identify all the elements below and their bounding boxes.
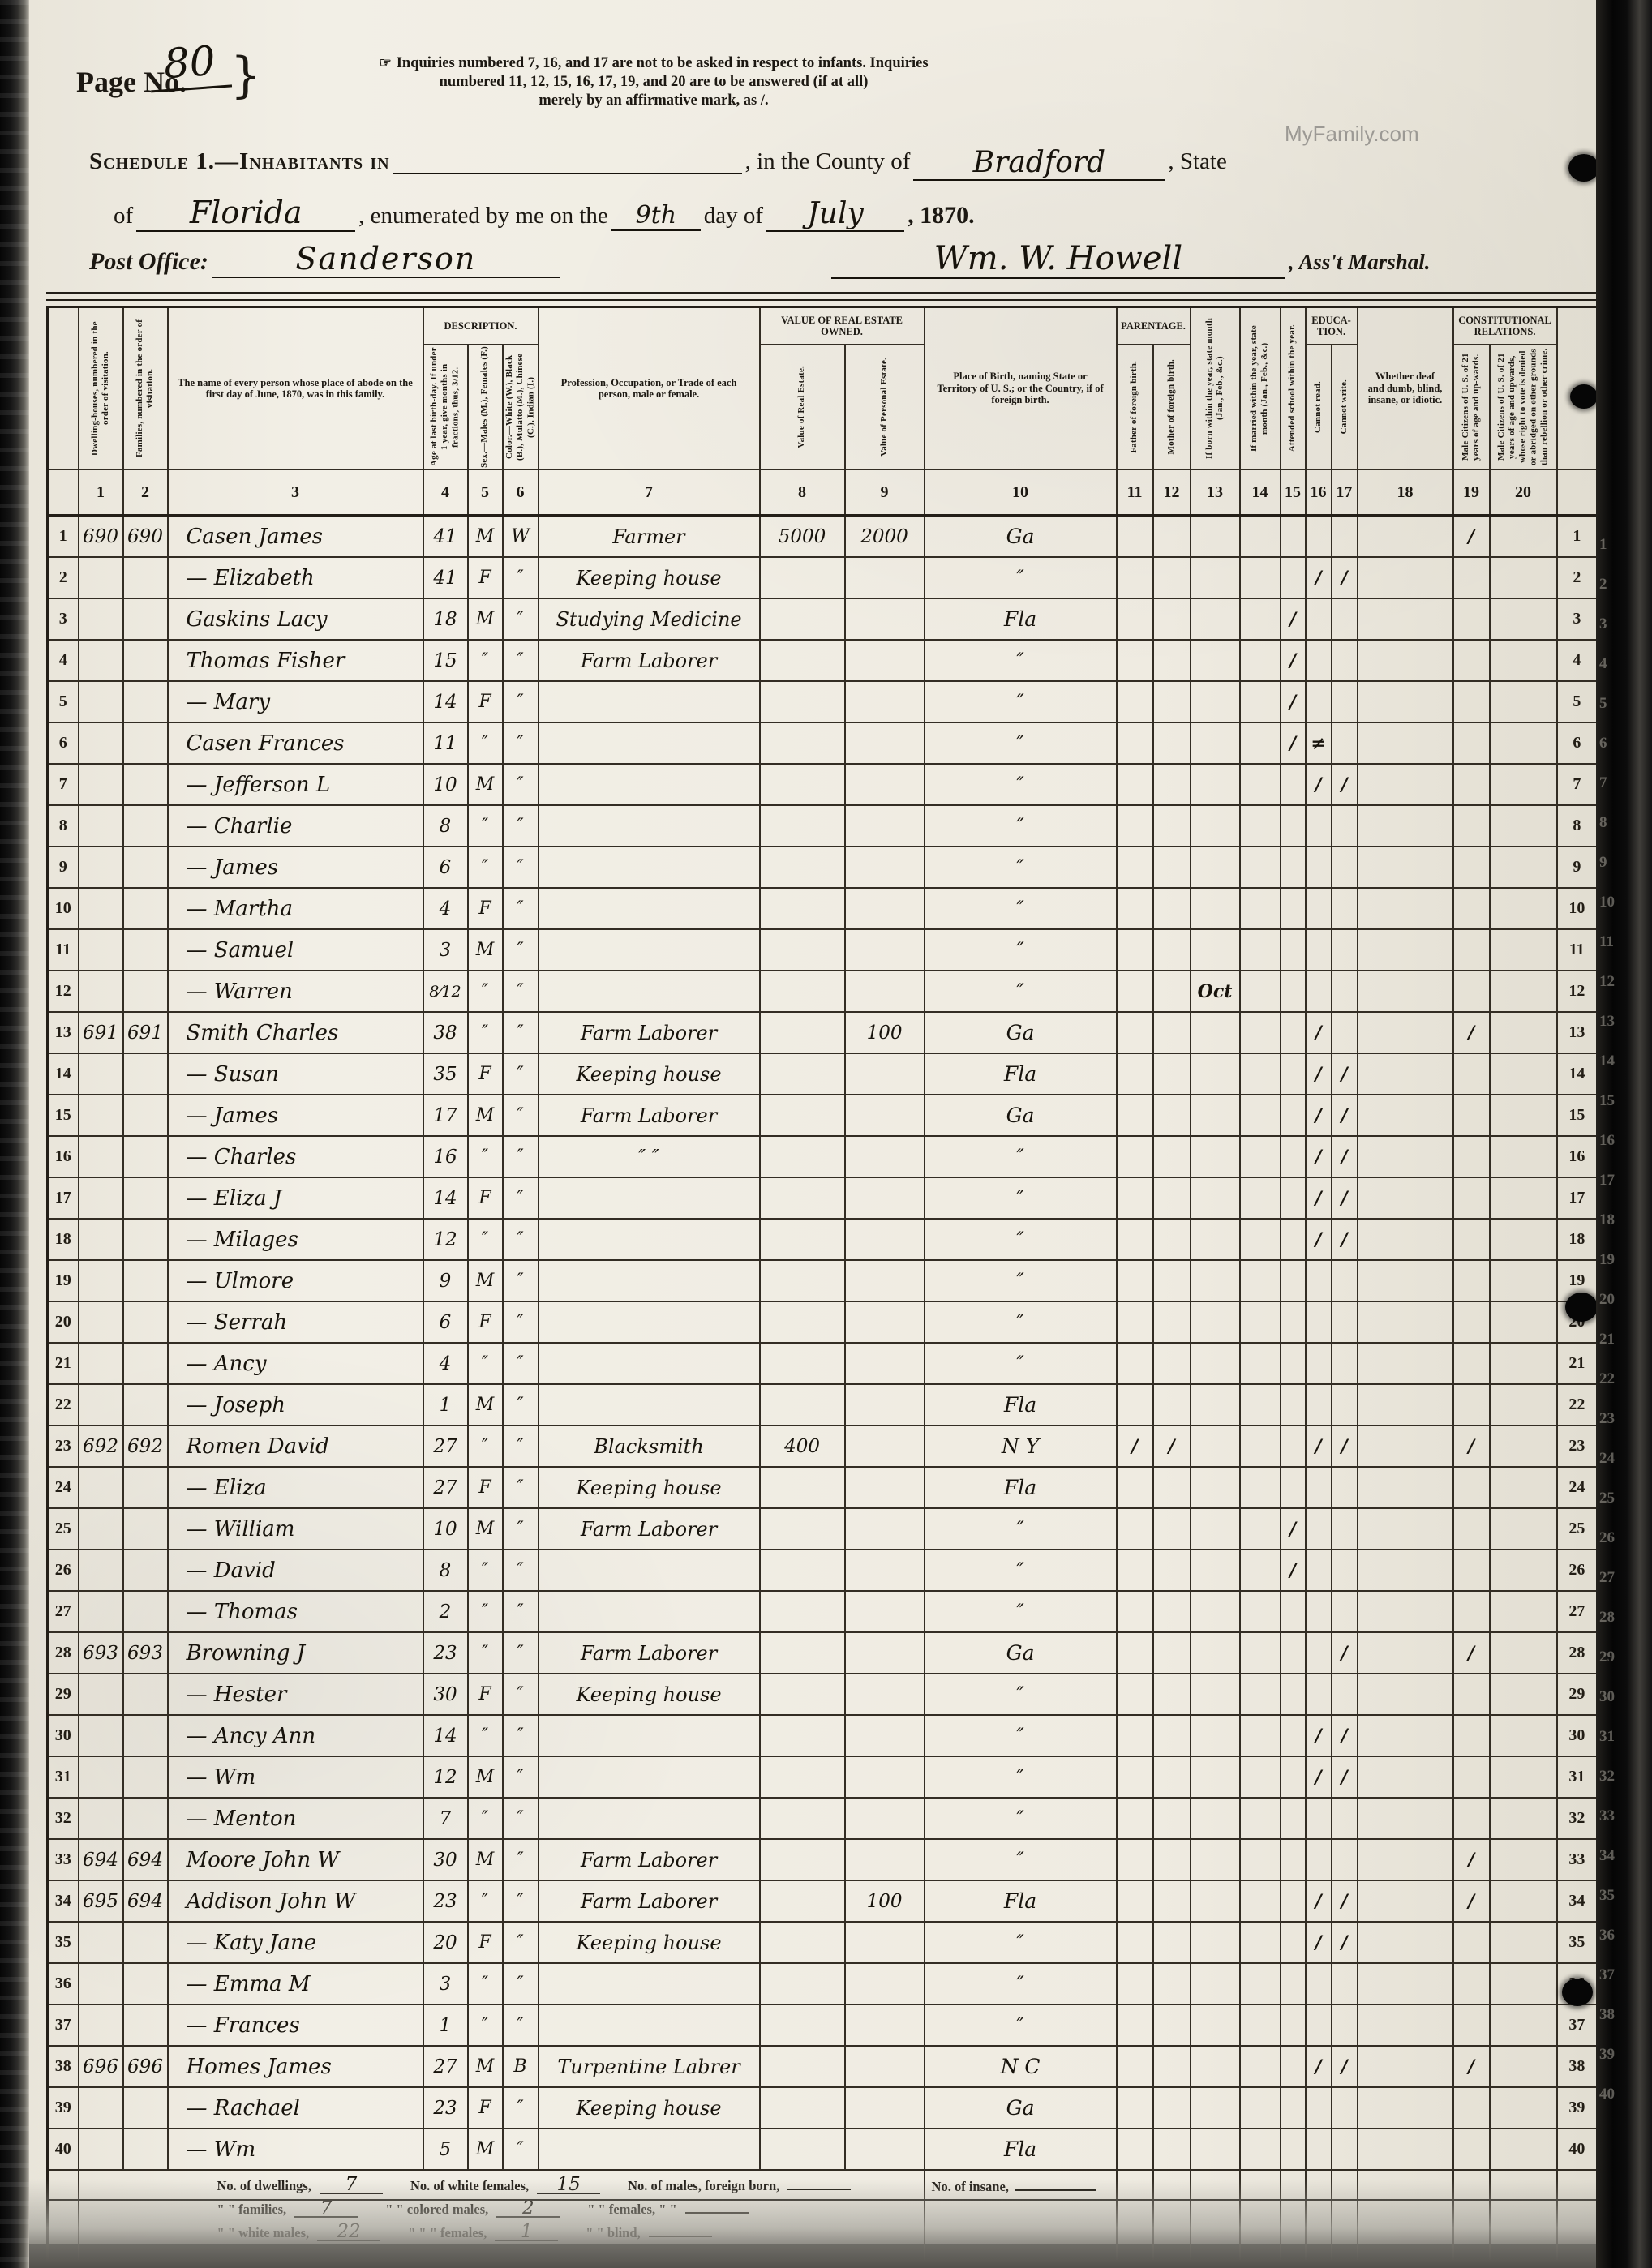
cell-pe [845, 1467, 925, 1508]
summary-insane: No. of insane, [925, 2170, 1117, 2262]
cell-re [760, 598, 845, 640]
cell-m11 [1117, 847, 1153, 888]
cell-m14 [1240, 971, 1281, 1012]
cell-m15 [1281, 1922, 1306, 1963]
cell-m15 [1281, 2087, 1306, 2129]
cell-pob: Fla [925, 1384, 1117, 1426]
summary-label: " " colored males, [385, 2202, 488, 2218]
cell-m15: / [1281, 681, 1306, 722]
cell-m11 [1117, 1343, 1153, 1384]
cell-m17 [1332, 1839, 1358, 1880]
cell-occ: Farm Laborer [539, 1839, 760, 1880]
cell-m16: / [1306, 1136, 1332, 1177]
cell-m19 [1453, 1384, 1490, 1426]
cell-sex: F [468, 557, 503, 598]
cell-m17: / [1332, 1053, 1358, 1095]
cell-m16 [1306, 847, 1332, 888]
cell-m13 [1191, 929, 1240, 971]
ghost-row-number: 22 [1599, 1359, 1648, 1399]
ghost-row-number: 8 [1599, 803, 1648, 842]
cell-col: ″ [503, 1426, 539, 1467]
census-row-39: 39— Rachael23F″Keeping houseGa39 [48, 2087, 1598, 2129]
cell-m20 [1490, 1260, 1557, 1301]
cell-m18 [1358, 1095, 1453, 1136]
cell-m19 [1453, 1053, 1490, 1095]
cell-m18 [1358, 1343, 1453, 1384]
cell-name: — Hester [168, 1674, 423, 1715]
cell-m17: / [1332, 557, 1358, 598]
row-number-left: 1 [48, 516, 79, 558]
summary-value: 7 [320, 2176, 383, 2194]
cell-m16 [1306, 1343, 1332, 1384]
census-row-27: 27— Thomas2″″″27 [48, 1591, 1598, 1632]
census-row-2: 2— Elizabeth41F″Keeping house″//2 [48, 557, 1598, 598]
cell-m15 [1281, 557, 1306, 598]
cell-m14 [1240, 722, 1281, 764]
cell-re [760, 1260, 845, 1301]
cell-m11 [1117, 805, 1153, 847]
cell-re [760, 1674, 845, 1715]
cell-m17 [1332, 971, 1358, 1012]
cell-m17 [1332, 2004, 1358, 2046]
summary-value: 2 [496, 2200, 560, 2218]
cell-name: Gaskins Lacy [168, 598, 423, 640]
cell-col: ″ [503, 1591, 539, 1632]
cell-m12 [1153, 1715, 1191, 1756]
cell-m19: / [1453, 1012, 1490, 1053]
cell-sex: ″ [468, 722, 503, 764]
cell-m17 [1332, 1963, 1358, 2004]
col-age-label: Age at last birth-day. If under 1 year, … [429, 345, 461, 469]
census-row-1: 1690690Casen James41MWFarmer50002000Ga/1 [48, 516, 1598, 558]
film-edge-left [0, 0, 29, 2268]
cell-d [79, 805, 123, 847]
cell-pob: ″ [925, 929, 1117, 971]
cell-re [760, 1053, 845, 1095]
cell-m16: / [1306, 1880, 1332, 1922]
cell-m16 [1306, 1508, 1332, 1550]
cell-occ [539, 1715, 760, 1756]
cell-sex: F [468, 888, 503, 929]
column-number-12: 12 [1153, 469, 1191, 516]
cell-m14 [1240, 1219, 1281, 1260]
cell-m13 [1191, 1053, 1240, 1095]
cell-d [79, 1301, 123, 1343]
cell-m16: / [1306, 1922, 1332, 1963]
cell-f [123, 764, 168, 805]
summary-label: No. of white females, [410, 2178, 529, 2194]
row-number-right: 7 [1557, 764, 1598, 805]
cell-occ: Farm Laborer [539, 1095, 760, 1136]
cell-d [79, 1922, 123, 1963]
cell-d [79, 1508, 123, 1550]
cell-m18 [1358, 681, 1453, 722]
cell-m14 [1240, 1632, 1281, 1674]
cell-pe [845, 2046, 925, 2087]
cell-m17 [1332, 1591, 1358, 1632]
ghost-row-number: 40 [1599, 2074, 1648, 2114]
cell-m20 [1490, 1301, 1557, 1343]
cell-m15 [1281, 1963, 1306, 2004]
cell-m11 [1117, 1177, 1153, 1219]
cell-m19 [1453, 847, 1490, 888]
cell-m12 [1153, 722, 1191, 764]
ghost-row-number: 16 [1599, 1121, 1648, 1160]
cell-m18 [1358, 971, 1453, 1012]
cell-m19 [1453, 1260, 1490, 1301]
cell-m16 [1306, 1674, 1332, 1715]
pointing-hand-icon: ☞ [379, 55, 391, 71]
cell-m15 [1281, 1880, 1306, 1922]
row-number-right: 17 [1557, 1177, 1598, 1219]
cell-m13 [1191, 1426, 1240, 1467]
cell-age: 23 [423, 2087, 468, 2129]
row-number-right: 23 [1557, 1426, 1598, 1467]
row-number-left: 7 [48, 764, 79, 805]
cell-pe [845, 1053, 925, 1095]
col-mother-foreign-header: Mother of foreign birth. [1153, 345, 1191, 469]
cell-m20 [1490, 1343, 1557, 1384]
cell-m11 [1117, 681, 1153, 722]
column-number-14: 14 [1240, 469, 1281, 516]
cell-m12 [1153, 1095, 1191, 1136]
cell-m17 [1332, 1798, 1358, 1839]
cell-d: 696 [79, 2046, 123, 2087]
cell-m18 [1358, 598, 1453, 640]
footer-cell [1306, 2170, 1332, 2262]
footer-cell [1490, 2170, 1557, 2262]
cell-m11 [1117, 1012, 1153, 1053]
cell-m15: / [1281, 1550, 1306, 1591]
cell-m20 [1490, 2046, 1557, 2087]
row-number-right: 33 [1557, 1839, 1598, 1880]
ghost-row-number: 35 [1599, 1876, 1648, 1915]
cell-m18 [1358, 1260, 1453, 1301]
cell-d [79, 681, 123, 722]
cell-m20 [1490, 1136, 1557, 1177]
cell-d [79, 1756, 123, 1798]
cell-col: ″ [503, 1177, 539, 1219]
cell-m13 [1191, 1095, 1240, 1136]
cell-f [123, 805, 168, 847]
day-field: 9th [611, 201, 701, 231]
cell-pob: Ga [925, 2087, 1117, 2129]
cell-m17 [1332, 598, 1358, 640]
cell-m15 [1281, 2129, 1306, 2170]
cell-re [760, 1136, 845, 1177]
ghost-row-number: 19 [1599, 1240, 1648, 1280]
cell-re [760, 1632, 845, 1674]
cell-d [79, 1963, 123, 2004]
cell-m15 [1281, 1095, 1306, 1136]
cell-name: — Katy Jane [168, 1922, 423, 1963]
cell-name: — Elizabeth [168, 557, 423, 598]
summary-value [787, 2189, 851, 2190]
cell-col: ″ [503, 2087, 539, 2129]
cell-d [79, 2004, 123, 2046]
footer-cell [1332, 2170, 1358, 2262]
cell-occ [539, 2129, 760, 2170]
cell-occ: Studying Medicine [539, 598, 760, 640]
cell-pe [845, 1756, 925, 1798]
instructions-note: ☞Inquiries numbered 7, 16, and 17 are no… [370, 54, 938, 110]
cell-d [79, 1053, 123, 1095]
summary-value: 1 [495, 2223, 558, 2241]
cell-m18 [1358, 929, 1453, 971]
cell-re [760, 1591, 845, 1632]
cell-occ: Farm Laborer [539, 1632, 760, 1674]
cell-age: 10 [423, 1508, 468, 1550]
cell-m18 [1358, 1591, 1453, 1632]
cell-occ [539, 1963, 760, 2004]
cell-f [123, 640, 168, 681]
cell-re [760, 1715, 845, 1756]
cell-col: ″ [503, 764, 539, 805]
col-school-label: Attended school within the year. [1287, 324, 1298, 452]
cell-pob: ″ [925, 1343, 1117, 1384]
census-row-9: 9— James6″″″9 [48, 847, 1598, 888]
cell-m15 [1281, 516, 1306, 558]
cell-col: ″ [503, 1715, 539, 1756]
county-label: , in the County of [745, 148, 911, 174]
watermark: MyFamily.com [1285, 122, 1419, 147]
cell-sex: F [468, 1053, 503, 1095]
ghost-row-number: 11 [1599, 922, 1648, 962]
cell-m16 [1306, 1591, 1332, 1632]
cell-m15 [1281, 971, 1306, 1012]
cell-m13 [1191, 1301, 1240, 1343]
cell-pob: ″ [925, 1756, 1117, 1798]
cell-re [760, 2004, 845, 2046]
col-age-header: Age at last birth-day. If under 1 year, … [423, 345, 468, 469]
cell-occ: Blacksmith [539, 1426, 760, 1467]
cell-m18 [1358, 888, 1453, 929]
cell-re [760, 1095, 845, 1136]
cell-re [760, 1963, 845, 2004]
cell-m13 [1191, 805, 1240, 847]
summary-label: " " blind, [586, 2225, 640, 2241]
ghost-row-numbers: 1234567891011121314151617181920212223242… [1599, 525, 1648, 2114]
cell-occ [539, 1260, 760, 1301]
row-number-right: 29 [1557, 1674, 1598, 1715]
cell-pe [845, 1798, 925, 1839]
cell-col: ″ [503, 1095, 539, 1136]
cell-pob: Fla [925, 1880, 1117, 1922]
cell-occ: Keeping house [539, 1674, 760, 1715]
cell-m16: / [1306, 1426, 1332, 1467]
cell-sex: ″ [468, 1219, 503, 1260]
cell-f [123, 888, 168, 929]
cell-m14 [1240, 598, 1281, 640]
cell-m16: ≠ [1306, 722, 1332, 764]
column-number-15: 15 [1281, 469, 1306, 516]
cell-m12 [1153, 1591, 1191, 1632]
census-row-22: 22— Joseph1M″Fla22 [48, 1384, 1598, 1426]
cell-d [79, 1715, 123, 1756]
cell-m12 [1153, 1301, 1191, 1343]
cell-m17 [1332, 847, 1358, 888]
cell-m20 [1490, 971, 1557, 1012]
cell-m19 [1453, 805, 1490, 847]
cell-age: 27 [423, 1426, 468, 1467]
census-row-4: 4Thomas Fisher15″″Farm Laborer″/4 [48, 640, 1598, 681]
cell-m19: / [1453, 516, 1490, 558]
census-row-7: 7— Jefferson L10M″″//7 [48, 764, 1598, 805]
cell-name: — Eliza [168, 1467, 423, 1508]
cell-m14 [1240, 1012, 1281, 1053]
ghost-row-number: 34 [1599, 1836, 1648, 1876]
cell-m14 [1240, 1053, 1281, 1095]
cell-d [79, 1674, 123, 1715]
schedule-title-line: Schedule 1.—Inhabitants in , in the Coun… [89, 143, 1227, 178]
cell-m12 [1153, 1798, 1191, 1839]
col-vote-denied-label: Male Citizens of U. S. of 21 years of ag… [1496, 345, 1550, 469]
cell-m11 [1117, 2046, 1153, 2087]
row-number-right: 4 [1557, 640, 1598, 681]
cell-m12 [1153, 1177, 1191, 1219]
cell-pe [845, 2129, 925, 2170]
cell-age: 12 [423, 1756, 468, 1798]
cell-m15 [1281, 764, 1306, 805]
cell-f: 692 [123, 1426, 168, 1467]
cell-m11 [1117, 2087, 1153, 2129]
cell-name: — Ancy [168, 1343, 423, 1384]
cell-d [79, 1591, 123, 1632]
cell-m14 [1240, 2129, 1281, 2170]
census-row-29: 29— Hester30F″Keeping house″29 [48, 1674, 1598, 1715]
cell-pe [845, 1136, 925, 1177]
cell-m15 [1281, 1715, 1306, 1756]
cell-f [123, 1591, 168, 1632]
cell-re [760, 640, 845, 681]
cell-m14 [1240, 640, 1281, 681]
cell-m14 [1240, 1880, 1281, 1922]
cell-m19 [1453, 2004, 1490, 2046]
cell-m14 [1240, 1301, 1281, 1343]
cell-m19 [1453, 971, 1490, 1012]
cell-name: — Jefferson L [168, 764, 423, 805]
cell-pe [845, 1839, 925, 1880]
cell-col: ″ [503, 1301, 539, 1343]
ghost-row-number: 20 [1599, 1280, 1648, 1319]
col-born-month-label: If born within the year, state month (Ja… [1204, 312, 1225, 465]
cell-pob: ″ [925, 1839, 1117, 1880]
cell-m18 [1358, 1715, 1453, 1756]
census-row-26: 26— David8″″″/26 [48, 1550, 1598, 1591]
cell-m15 [1281, 847, 1306, 888]
cell-m20 [1490, 1839, 1557, 1880]
column-number-7: 7 [539, 469, 760, 516]
census-row-12: 12— Warren8⁄12″″″Oct12 [48, 971, 1598, 1012]
cell-m15: / [1281, 722, 1306, 764]
cell-m19 [1453, 2087, 1490, 2129]
column-number-17: 17 [1332, 469, 1358, 516]
cell-m14 [1240, 1839, 1281, 1880]
cell-occ [539, 971, 760, 1012]
cell-re [760, 1798, 845, 1839]
cell-m15 [1281, 1384, 1306, 1426]
col-sex-header: Sex.—Males (M.), Females (F.) [468, 345, 503, 469]
cell-age: 11 [423, 722, 468, 764]
cell-col: ″ [503, 1674, 539, 1715]
cell-sex: ″ [468, 1798, 503, 1839]
cell-pe [845, 640, 925, 681]
cell-age: 35 [423, 1053, 468, 1095]
cell-m20 [1490, 516, 1557, 558]
cell-m15 [1281, 1632, 1306, 1674]
cell-sex: ″ [468, 1550, 503, 1591]
cell-d [79, 1384, 123, 1426]
cell-m18 [1358, 640, 1453, 681]
cell-m18 [1358, 1756, 1453, 1798]
cell-col: ″ [503, 1922, 539, 1963]
cell-pe [845, 1301, 925, 1343]
cell-m14 [1240, 1922, 1281, 1963]
col-cannot-write-header: Cannot write. [1332, 345, 1358, 469]
row-number-left: 19 [48, 1260, 79, 1301]
cell-m16: / [1306, 2046, 1332, 2087]
cell-pe [845, 929, 925, 971]
cell-age: 4 [423, 1343, 468, 1384]
cell-m11 [1117, 1260, 1153, 1301]
row-number-left: 33 [48, 1839, 79, 1880]
cell-m11: / [1117, 1426, 1153, 1467]
cell-m11 [1117, 1715, 1153, 1756]
ghost-row-number: 9 [1599, 842, 1648, 882]
census-row-34: 34695694Addison John W23″″Farm Laborer10… [48, 1880, 1598, 1922]
cell-sex: F [468, 1467, 503, 1508]
cell-m13 [1191, 1343, 1240, 1384]
cell-m17 [1332, 516, 1358, 558]
ghost-row-number: 33 [1599, 1796, 1648, 1836]
cell-m19 [1453, 598, 1490, 640]
month-field: July [766, 197, 904, 232]
cell-m11 [1117, 1798, 1153, 1839]
cell-pob: N C [925, 2046, 1117, 2087]
cell-d [79, 971, 123, 1012]
cell-m11 [1117, 1508, 1153, 1550]
col-mother-foreign-label: Mother of foreign birth. [1166, 359, 1177, 454]
column-number-18: 18 [1358, 469, 1453, 516]
col-birthplace-header: Place of Birth, naming State or Territor… [925, 307, 1117, 470]
column-number-5: 5 [468, 469, 503, 516]
cell-m17 [1332, 722, 1358, 764]
row-number-right: 15 [1557, 1095, 1598, 1136]
cell-m12: / [1153, 1426, 1191, 1467]
census-row-18: 18— Milages12″″″//18 [48, 1219, 1598, 1260]
cell-col: ″ [503, 598, 539, 640]
cell-m16 [1306, 1632, 1332, 1674]
cell-m14 [1240, 847, 1281, 888]
cell-re [760, 847, 845, 888]
row-number-left: 16 [48, 1136, 79, 1177]
cell-m19 [1453, 1674, 1490, 1715]
cell-re [760, 2087, 845, 2129]
cell-m18 [1358, 1550, 1453, 1591]
cell-m18 [1358, 2046, 1453, 2087]
cell-m19 [1453, 1219, 1490, 1260]
cell-col: ″ [503, 722, 539, 764]
cell-m19 [1453, 1301, 1490, 1343]
cell-pe [845, 1219, 925, 1260]
cell-m12 [1153, 1674, 1191, 1715]
cell-m14 [1240, 1715, 1281, 1756]
cell-m12 [1153, 971, 1191, 1012]
state-field: Florida [136, 195, 355, 232]
cell-col: ″ [503, 1219, 539, 1260]
marshal-signature: Wm. W. Howell [831, 240, 1285, 279]
cell-pe [845, 557, 925, 598]
